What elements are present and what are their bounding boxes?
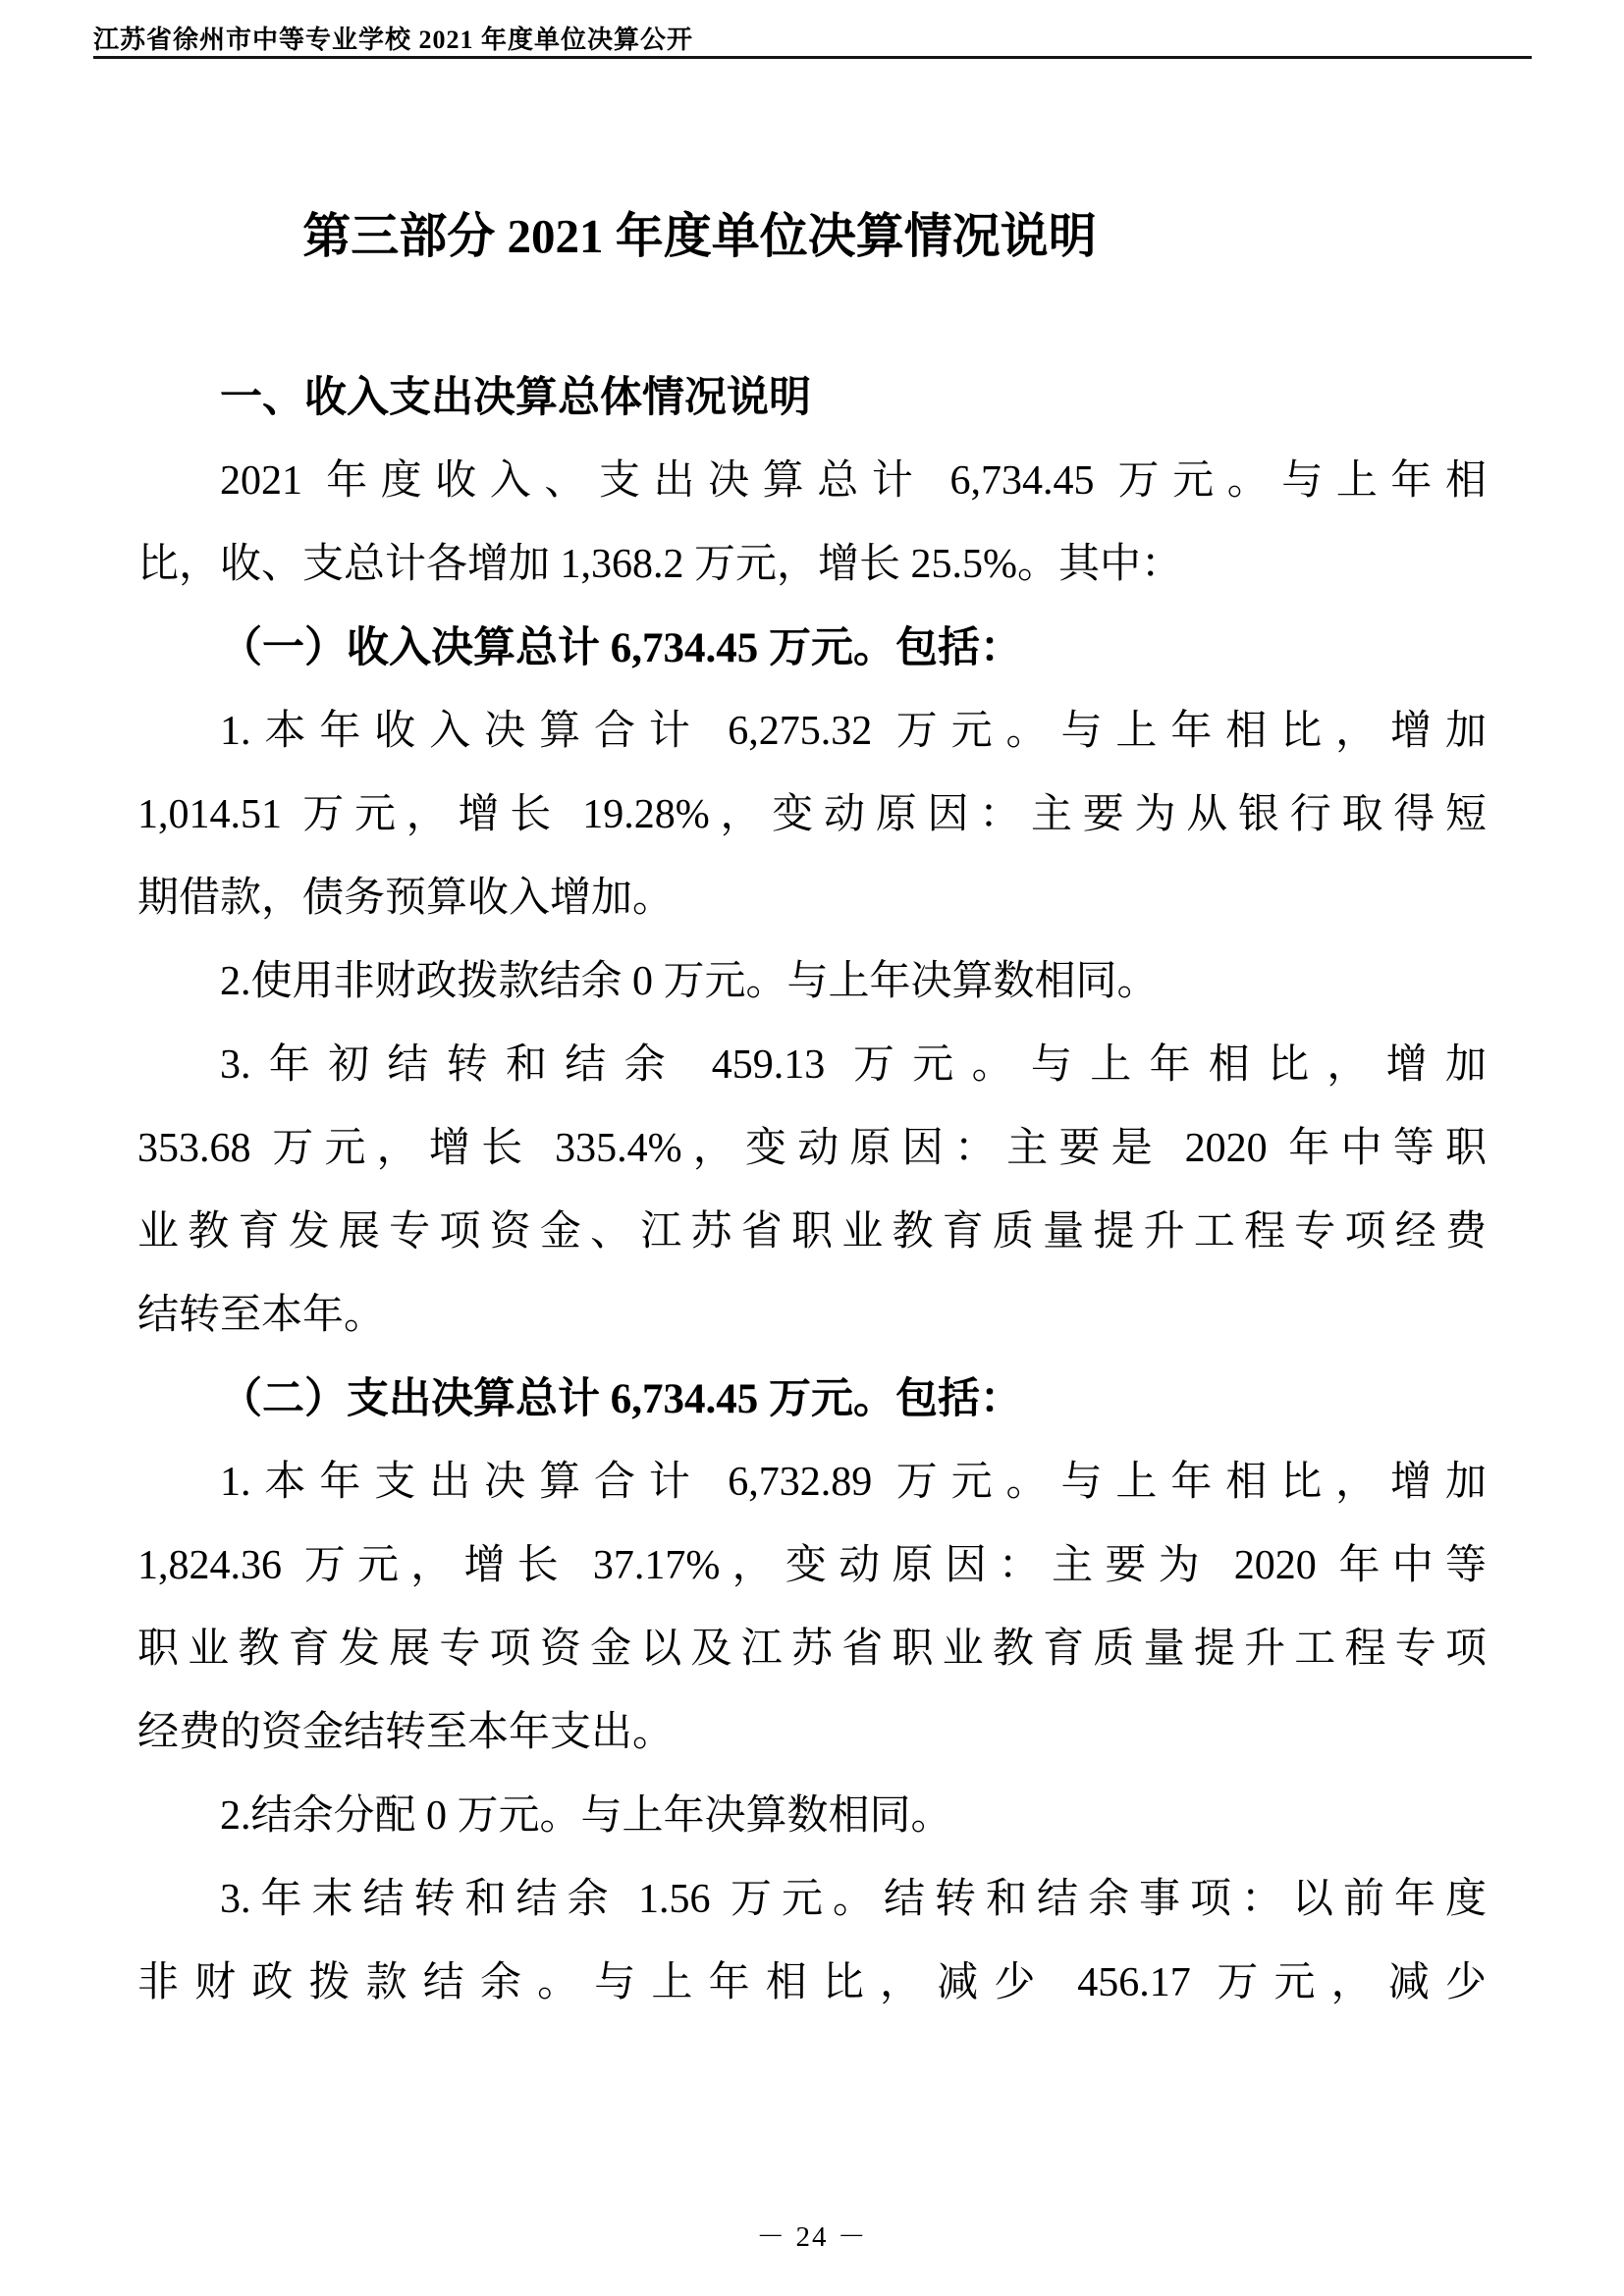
body-line: 业教育发展专项资金、江苏省职业教育质量提升工程专项经费: [137, 1191, 1487, 1274]
paragraph: 2.使用非财政拨款结余 0 万元。与上年决算数相同。: [137, 940, 1487, 1024]
page-footer: － 24 －: [0, 2215, 1624, 2255]
paragraph: 2021 年度收入、支出决算总计 6,734.45 万元。与上年相比，收、支总计…: [137, 440, 1487, 607]
paragraph: 1.本年收入决算合计 6,275.32 万元。与上年相比，增加1,014.51 …: [137, 690, 1487, 940]
document-page: 江苏省徐州市中等专业学校 2021 年度单位决算公开 第三部分 2021 年度单…: [0, 0, 1624, 2296]
body-line: 3.年初结转和结余 459.13 万元。与上年相比，增加: [137, 1024, 1487, 1107]
body-line: （一）收入决算总计 6,734.45 万元。包括：: [137, 607, 1487, 690]
paragraph: （一）收入决算总计 6,734.45 万元。包括：: [137, 607, 1487, 690]
body-line: 1.本年支出决算合计 6,732.89 万元。与上年相比，增加: [137, 1441, 1487, 1524]
body-line: 一、收入支出决算总体情况说明: [137, 356, 1487, 440]
body-line: 期借款，债务预算收入增加。: [137, 857, 1487, 940]
body-line: 1,014.51 万元，增长 19.28%，变动原因：主要为从银行取得短: [137, 774, 1487, 857]
doc-title: 第三部分 2021 年度单位决算情况说明: [137, 206, 1262, 267]
paragraph: 3.年初结转和结余 459.13 万元。与上年相比，增加353.68 万元，增长…: [137, 1024, 1487, 1358]
paragraph: 一、收入支出决算总体情况说明: [137, 356, 1487, 440]
page-number: － 24 －: [756, 2221, 868, 2253]
paragraph: 2.结余分配 0 万元。与上年决算数相同。: [137, 1775, 1487, 1858]
body-line: （二）支出决算总计 6,734.45 万元。包括：: [137, 1358, 1487, 1441]
body-line: 2.使用非财政拨款结余 0 万元。与上年决算数相同。: [137, 940, 1487, 1024]
header-rule: [93, 56, 1532, 59]
body-line: 1.本年收入决算合计 6,275.32 万元。与上年相比，增加: [137, 690, 1487, 774]
document-body: 一、收入支出决算总体情况说明2021 年度收入、支出决算总计 6,734.45 …: [137, 356, 1487, 2025]
body-line: 3.年末结转和结余 1.56 万元。结转和结余事项：以前年度: [137, 1858, 1487, 1942]
body-line: 结转至本年。: [137, 1274, 1487, 1358]
body-line: 比，收、支总计各增加 1,368.2 万元，增长 25.5%。其中：: [137, 523, 1487, 607]
body-line: 1,824.36 万元，增长 37.17%，变动原因：主要为 2020 年中等: [137, 1524, 1487, 1608]
body-line: 非财政拨款结余。与上年相比，减少 456.17 万元，减少: [137, 1942, 1487, 2025]
body-line: 2021 年度收入、支出决算总计 6,734.45 万元。与上年相: [137, 440, 1487, 523]
body-line: 职业教育发展专项资金以及江苏省职业教育质量提升工程专项: [137, 1608, 1487, 1691]
body-line: 经费的资金结转至本年支出。: [137, 1691, 1487, 1775]
body-line: 353.68 万元，增长 335.4%，变动原因：主要是 2020 年中等职: [137, 1107, 1487, 1191]
page-header-title: 江苏省徐州市中等专业学校 2021 年度单位决算公开: [93, 20, 1532, 56]
body-line: 2.结余分配 0 万元。与上年决算数相同。: [137, 1775, 1487, 1858]
paragraph: （二）支出决算总计 6,734.45 万元。包括：: [137, 1358, 1487, 1441]
paragraph: 1.本年支出决算合计 6,732.89 万元。与上年相比，增加1,824.36 …: [137, 1441, 1487, 1775]
paragraph: 3.年末结转和结余 1.56 万元。结转和结余事项：以前年度非财政拨款结余。与上…: [137, 1858, 1487, 2025]
